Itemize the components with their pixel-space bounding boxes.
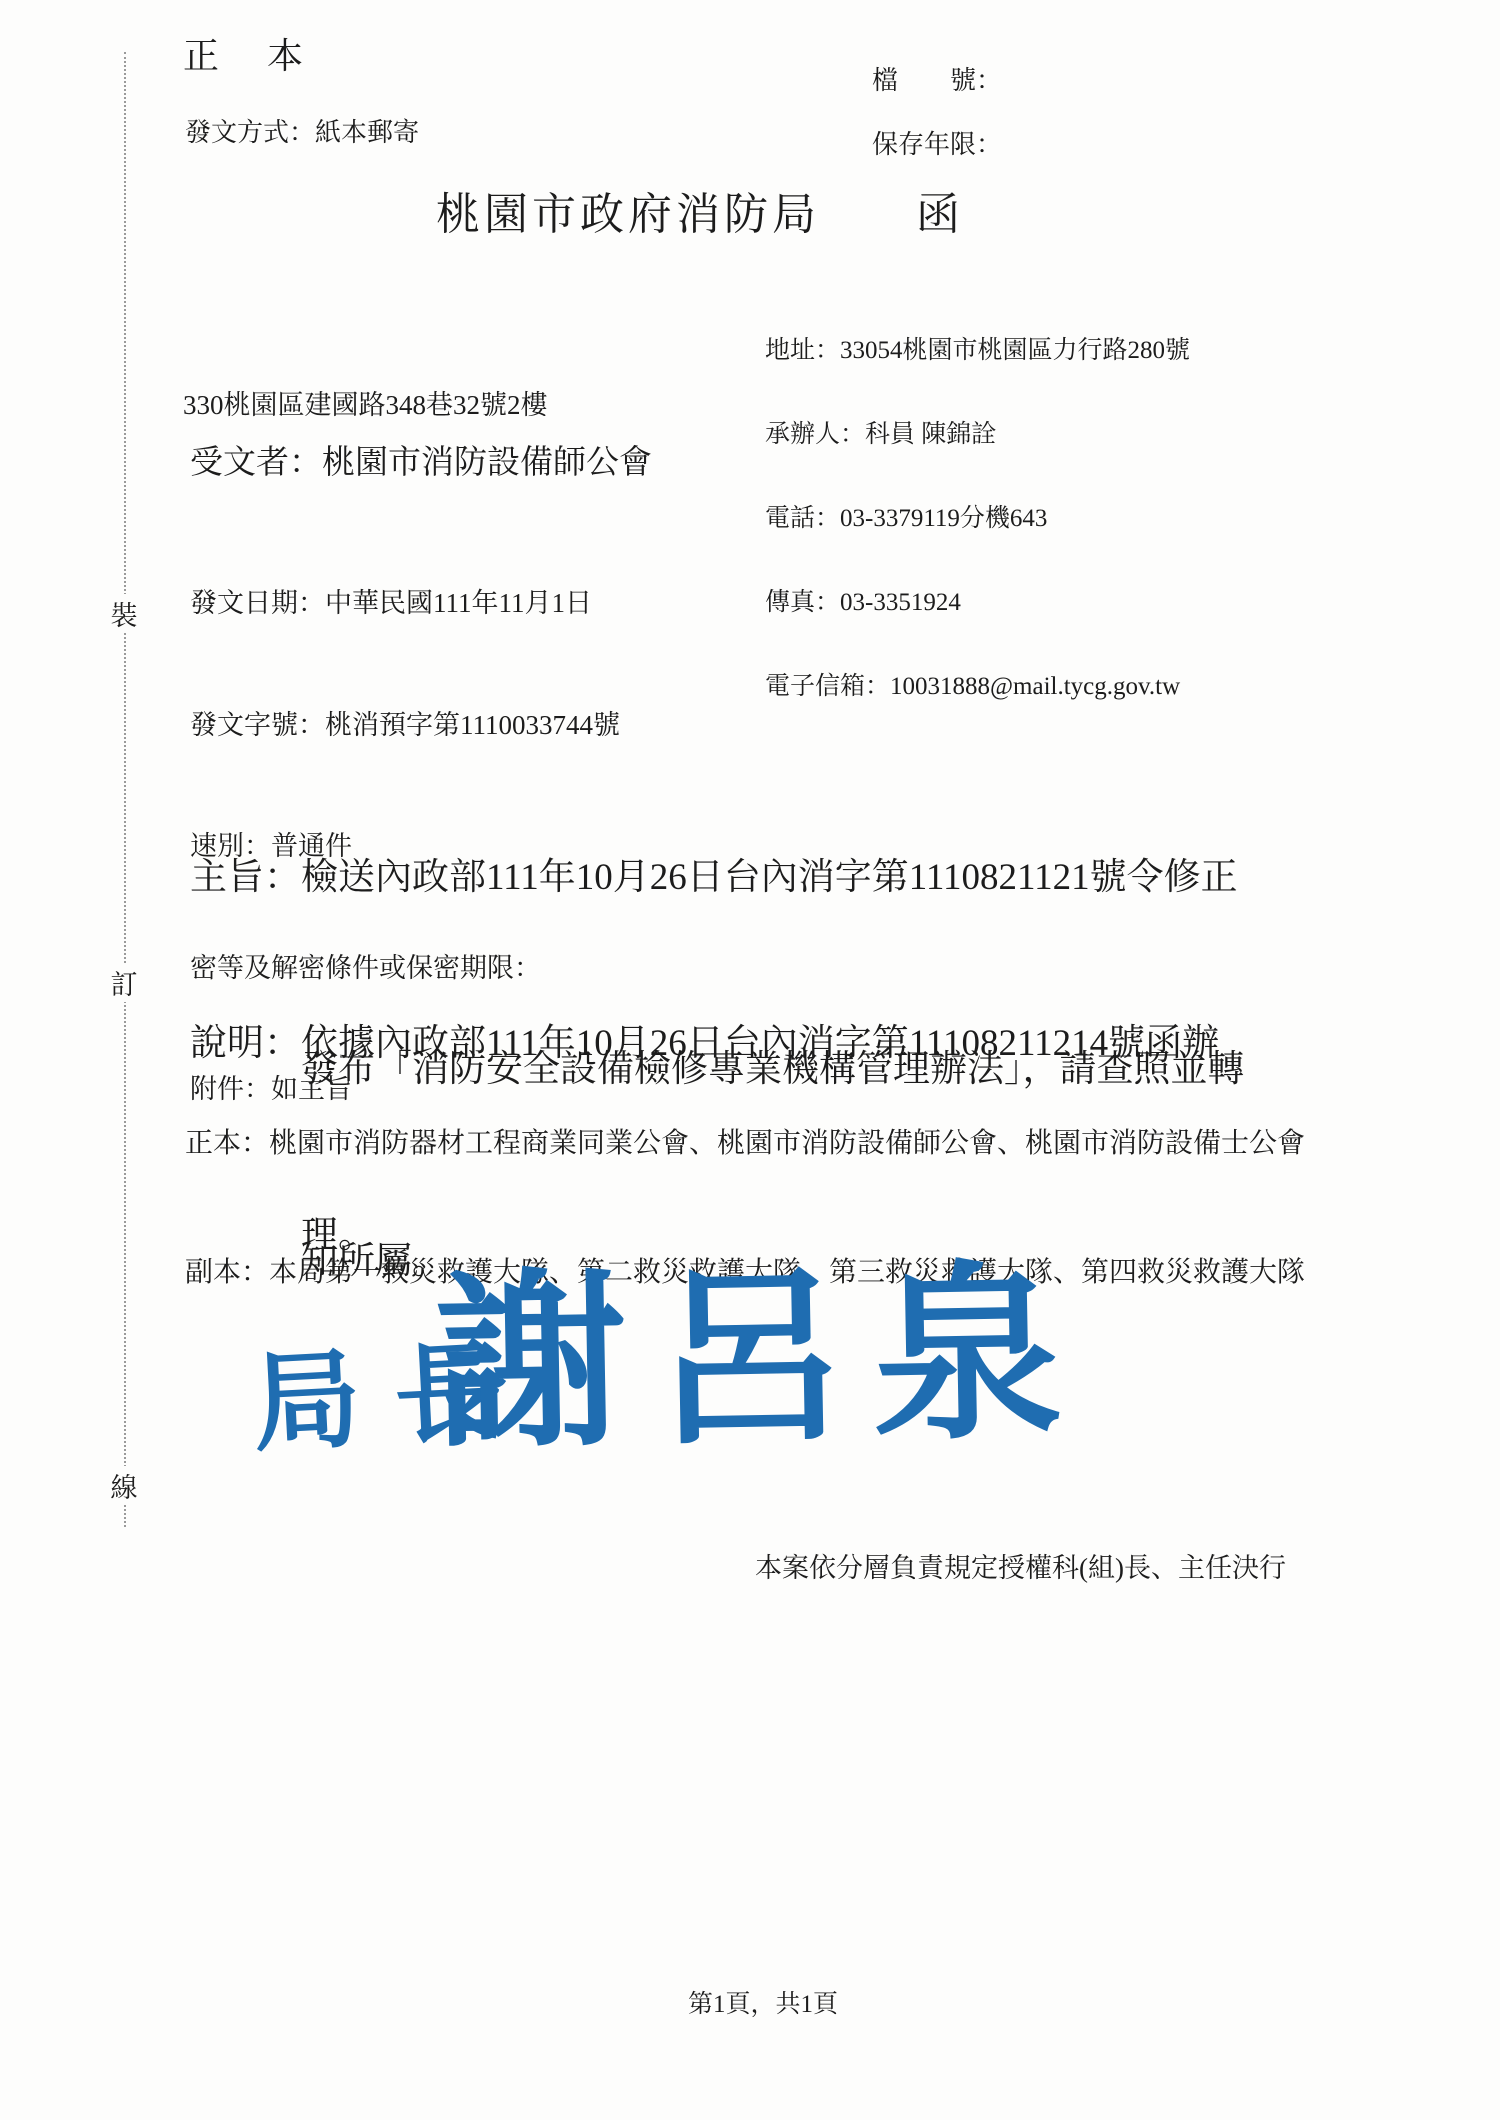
copy-type-label: 正 本 xyxy=(183,28,309,79)
contact-person: 承辦人：科員 陳錦詮 xyxy=(765,421,1190,449)
original-recipients: 正本：桃園市消防器材工程商業同業公會、桃園市消防設備師公會、桃園市消防設備士公會 xyxy=(185,1122,1440,1165)
retention-period-label: 保存年限： xyxy=(872,124,1002,161)
binding-mark-zhuang: 裝 xyxy=(96,594,152,633)
contact-email: 電子信箱：10031888@mail.tycg.gov.tw xyxy=(765,673,1190,701)
binding-mark-ding: 訂 xyxy=(96,963,152,1002)
official-letter-page: 裝 訂 線 正 本 發文方式：紙本郵寄 檔 號： 保存年限： 桃園市政府消防局 … xyxy=(0,0,1500,2120)
delivery-method-label: 發文方式：紙本郵寄 xyxy=(185,112,419,149)
contact-fax: 傳真：03-3351924 xyxy=(765,589,1190,617)
recipient-line: 受文者：桃園市消防設備師公會 xyxy=(190,436,652,483)
sender-contact-block: 地址：33054桃園市桃園區力行路280號 承辦人：科員 陳錦詮 電話：03-3… xyxy=(765,281,1190,757)
signature-name: 謝呂泉 xyxy=(434,1200,1093,1484)
document-title: 桃園市政府消防局 函 xyxy=(0,178,1400,242)
issue-date-line: 發文日期：中華民國111年11月1日 xyxy=(190,583,620,624)
binding-mark-xian: 線 xyxy=(96,1466,152,1505)
recipient-postal-address: 330桃園區建國路348巷32號2樓 xyxy=(183,383,548,422)
contact-phone: 電話：03-3379119分機643 xyxy=(765,505,1190,533)
page-number-footer: 第1頁，共1頁 xyxy=(688,1984,838,2020)
contact-address: 地址：33054桃園市桃園區力行路280號 xyxy=(765,337,1190,365)
binding-dotted-line xyxy=(124,52,126,1527)
authorization-note: 本案依分層負責規定授權科(組)長、主任決行 xyxy=(755,1546,1286,1585)
file-number-label: 檔 號： xyxy=(872,60,1002,97)
